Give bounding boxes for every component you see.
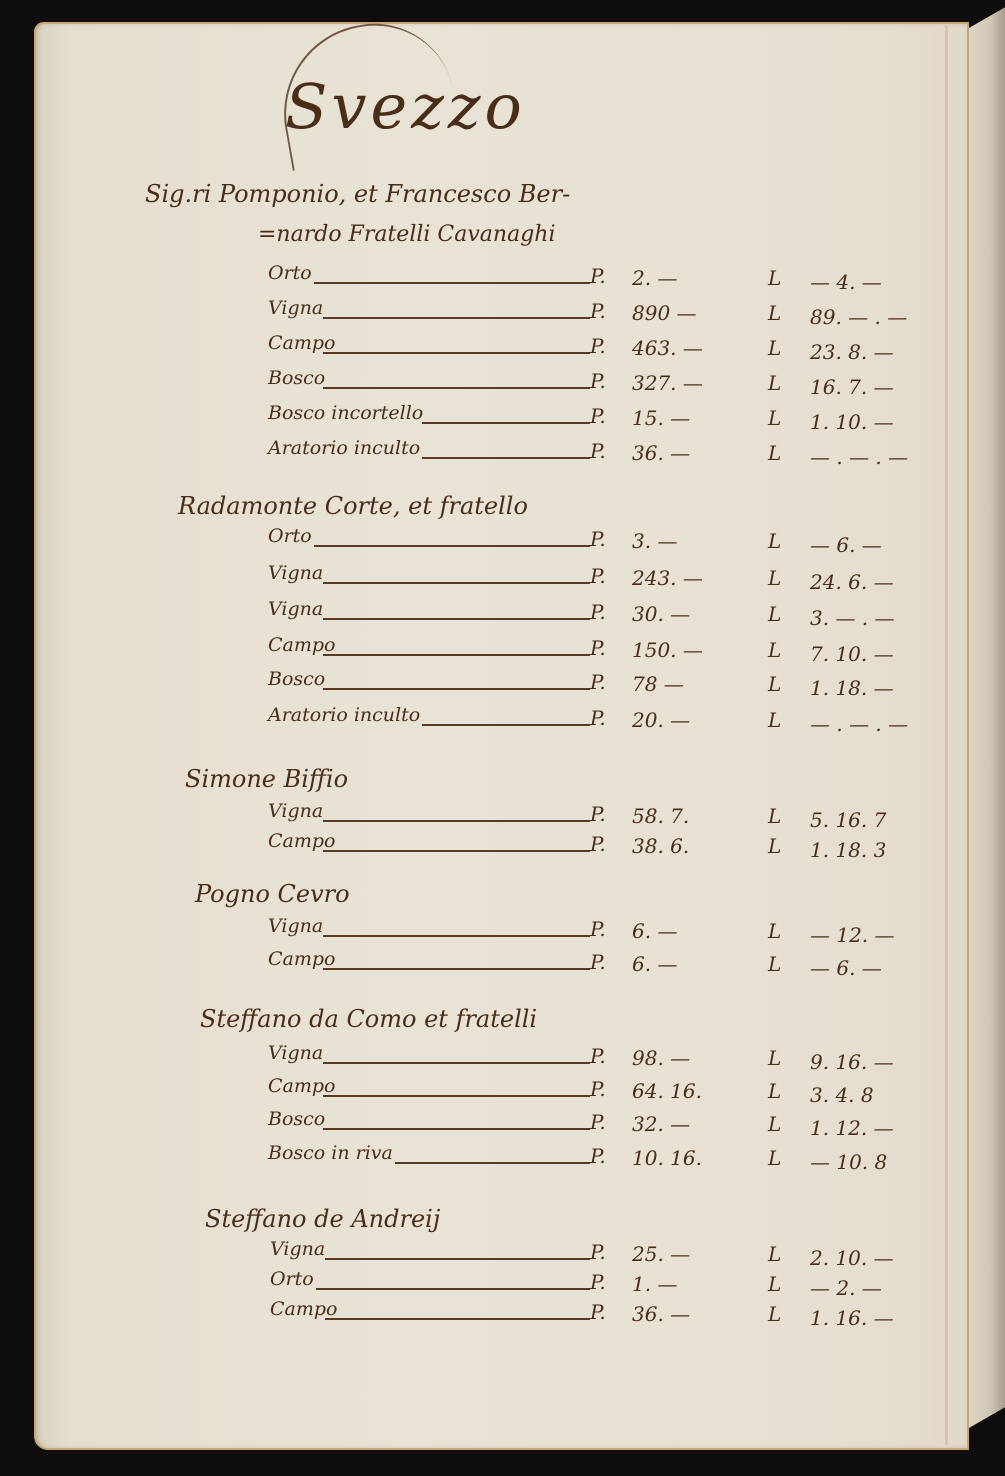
leader-line (323, 1095, 590, 1097)
lire-value: 3. 4. 8 (810, 1083, 874, 1107)
lire-unit: L (768, 602, 781, 626)
lire-value: 5. 16. 7 (810, 808, 886, 832)
pertiche-value: 30. — (632, 602, 690, 626)
lire-unit: L (768, 919, 781, 943)
pertiche-value: 890 — (632, 301, 697, 325)
pertiche-value: 463. — (632, 336, 703, 360)
pertiche-unit: P. (590, 802, 606, 826)
pertiche-unit: P. (590, 564, 606, 588)
lire-value: 1. 18. — (810, 676, 894, 700)
pertiche-unit: P. (590, 1044, 606, 1068)
pertiche-value: 6. — (632, 919, 677, 943)
land-type-label: Vigna (268, 297, 323, 319)
leader-line (323, 352, 590, 354)
pertiche-value: 98. — (632, 1046, 690, 1070)
pertiche-value: 38. 6. (632, 834, 689, 858)
lire-value: — 10. 8 (810, 1150, 887, 1174)
land-type-label: Vigna (268, 1042, 323, 1064)
pertiche-value: 243. — (632, 566, 703, 590)
lire-unit: L (768, 804, 781, 828)
owner-name-line1: Sig.ri Pomponio, et Francesco Ber- (145, 180, 570, 208)
land-type-label: Bosco incortello (268, 402, 423, 424)
lire-unit: L (768, 672, 781, 696)
lire-unit: L (768, 834, 781, 858)
leader-line (323, 1128, 590, 1130)
lire-unit: L (768, 301, 781, 325)
pertiche-unit: P. (590, 1077, 606, 1101)
leader-line (323, 688, 590, 690)
pertiche-value: 6. — (632, 952, 677, 976)
lire-value: — 6. — (810, 956, 882, 980)
lire-value: — 4. — (810, 270, 882, 294)
land-type-label: Aratorio inculto (268, 437, 420, 459)
pertiche-unit: P. (590, 670, 606, 694)
leader-line (323, 1062, 590, 1064)
page-title: Svezzo (285, 70, 526, 143)
owner-name: Pogno Cevro (195, 880, 350, 908)
lire-value: 1. 12. — (810, 1116, 894, 1140)
land-type-label: Campo (268, 634, 335, 656)
pertiche-unit: P. (590, 706, 606, 730)
leader-line (316, 1288, 590, 1290)
pertiche-value: 20. — (632, 708, 690, 732)
pertiche-unit: P. (590, 404, 606, 428)
lire-unit: L (768, 708, 781, 732)
lire-unit: L (768, 1079, 781, 1103)
lire-value: — 6. — (810, 533, 882, 557)
leader-line (323, 618, 590, 620)
pertiche-unit: P. (590, 299, 606, 323)
leader-line (323, 387, 590, 389)
pertiche-value: 58. 7. (632, 804, 689, 828)
pertiche-value: 32. — (632, 1112, 690, 1136)
page-fold (945, 25, 948, 1445)
land-type-label: Bosco (268, 367, 325, 389)
owner-name: Steffano da Como et fratelli (200, 1005, 537, 1033)
leader-line (323, 654, 590, 656)
owner-name: Radamonte Corte, et fratello (178, 492, 528, 520)
land-type-label: Orto (268, 262, 312, 284)
owner-name-line2: =nardo Fratelli Cavanaghi (258, 222, 555, 247)
lire-unit: L (768, 1146, 781, 1170)
lire-unit: L (768, 371, 781, 395)
pertiche-value: 25. — (632, 1242, 690, 1266)
land-type-label: Vigna (270, 1238, 325, 1260)
pertiche-unit: P. (590, 264, 606, 288)
lire-value: 9. 16. — (810, 1050, 894, 1074)
pertiche-value: 15. — (632, 406, 690, 430)
land-type-label: Campo (268, 332, 335, 354)
land-type-label: Vigna (268, 800, 323, 822)
land-type-label: Bosco (268, 668, 325, 690)
lire-unit: L (768, 336, 781, 360)
land-type-label: Vigna (268, 915, 323, 937)
lire-unit: L (768, 566, 781, 590)
pertiche-value: 2. — (632, 266, 677, 290)
pertiche-unit: P. (590, 334, 606, 358)
lire-unit: L (768, 529, 781, 553)
land-type-label: Vigna (268, 562, 323, 584)
lire-unit: L (768, 952, 781, 976)
lire-value: 23. 8. — (810, 340, 894, 364)
pertiche-unit: P. (590, 600, 606, 624)
leader-line (323, 582, 590, 584)
pertiche-value: 327. — (632, 371, 703, 395)
lire-value: 16. 7. — (810, 375, 894, 399)
pertiche-unit: P. (590, 917, 606, 941)
pertiche-unit: P. (590, 832, 606, 856)
leader-line (323, 820, 590, 822)
lire-unit: L (768, 1242, 781, 1266)
land-type-label: Campo (270, 1298, 337, 1320)
land-type-label: Orto (268, 525, 312, 547)
land-type-label: Aratorio inculto (268, 704, 420, 726)
lire-unit: L (768, 1302, 781, 1326)
lire-value: 7. 10. — (810, 642, 894, 666)
land-type-label: Campo (268, 830, 335, 852)
leader-line (325, 1318, 590, 1320)
pertiche-value: 36. — (632, 1302, 690, 1326)
land-type-label: Campo (268, 1075, 335, 1097)
lire-unit: L (768, 638, 781, 662)
lire-value: — 2. — (810, 1276, 882, 1300)
land-type-label: Bosco (268, 1108, 325, 1130)
leader-line (395, 1162, 590, 1164)
lire-unit: L (768, 441, 781, 465)
pertiche-unit: P. (590, 950, 606, 974)
pertiche-value: 78 — (632, 672, 684, 696)
lire-value: — . — . — (810, 712, 908, 736)
pertiche-unit: P. (590, 1240, 606, 1264)
next-page-edge (969, 7, 1005, 1428)
pertiche-value: 3. — (632, 529, 677, 553)
leader-line (422, 457, 590, 459)
lire-unit: L (768, 1112, 781, 1136)
lire-unit: L (768, 1272, 781, 1296)
pertiche-unit: P. (590, 1110, 606, 1134)
leader-line (323, 850, 590, 852)
leader-line (422, 724, 590, 726)
leader-line (314, 545, 590, 547)
lire-value: 89. — . — (810, 305, 907, 329)
land-type-label: Bosco in riva (268, 1142, 393, 1164)
pertiche-unit: P. (590, 1270, 606, 1294)
pertiche-unit: P. (590, 527, 606, 551)
leader-line (323, 968, 590, 970)
lire-value: 1. 10. — (810, 410, 894, 434)
lire-value: 24. 6. — (810, 570, 894, 594)
pertiche-unit: P. (590, 369, 606, 393)
lire-unit: L (768, 266, 781, 290)
lire-value: — 12. — (810, 923, 895, 947)
lire-unit: L (768, 1046, 781, 1070)
lire-value: 2. 10. — (810, 1246, 894, 1270)
lire-value: 1. 18. 3 (810, 838, 886, 862)
owner-name: Simone Biffio (185, 765, 348, 793)
pertiche-unit: P. (590, 439, 606, 463)
leader-line (314, 282, 590, 284)
land-type-label: Orto (270, 1268, 314, 1290)
pertiche-value: 64. 16. (632, 1079, 702, 1103)
land-type-label: Vigna (268, 598, 323, 620)
pertiche-value: 10. 16. (632, 1146, 702, 1170)
pertiche-unit: P. (590, 1300, 606, 1324)
pertiche-value: 1. — (632, 1272, 677, 1296)
pertiche-unit: P. (590, 1144, 606, 1168)
owner-name: Steffano de Andreij (205, 1205, 440, 1233)
pertiche-value: 150. — (632, 638, 703, 662)
leader-line (323, 935, 590, 937)
lire-value: 3. — . — (810, 606, 895, 630)
pertiche-unit: P. (590, 636, 606, 660)
pertiche-value: 36. — (632, 441, 690, 465)
lire-value: 1. 16. — (810, 1306, 894, 1330)
leader-line (323, 317, 590, 319)
leader-line (325, 1258, 590, 1260)
lire-unit: L (768, 406, 781, 430)
land-type-label: Campo (268, 948, 335, 970)
leader-line (422, 422, 590, 424)
lire-value: — . — . — (810, 445, 908, 469)
